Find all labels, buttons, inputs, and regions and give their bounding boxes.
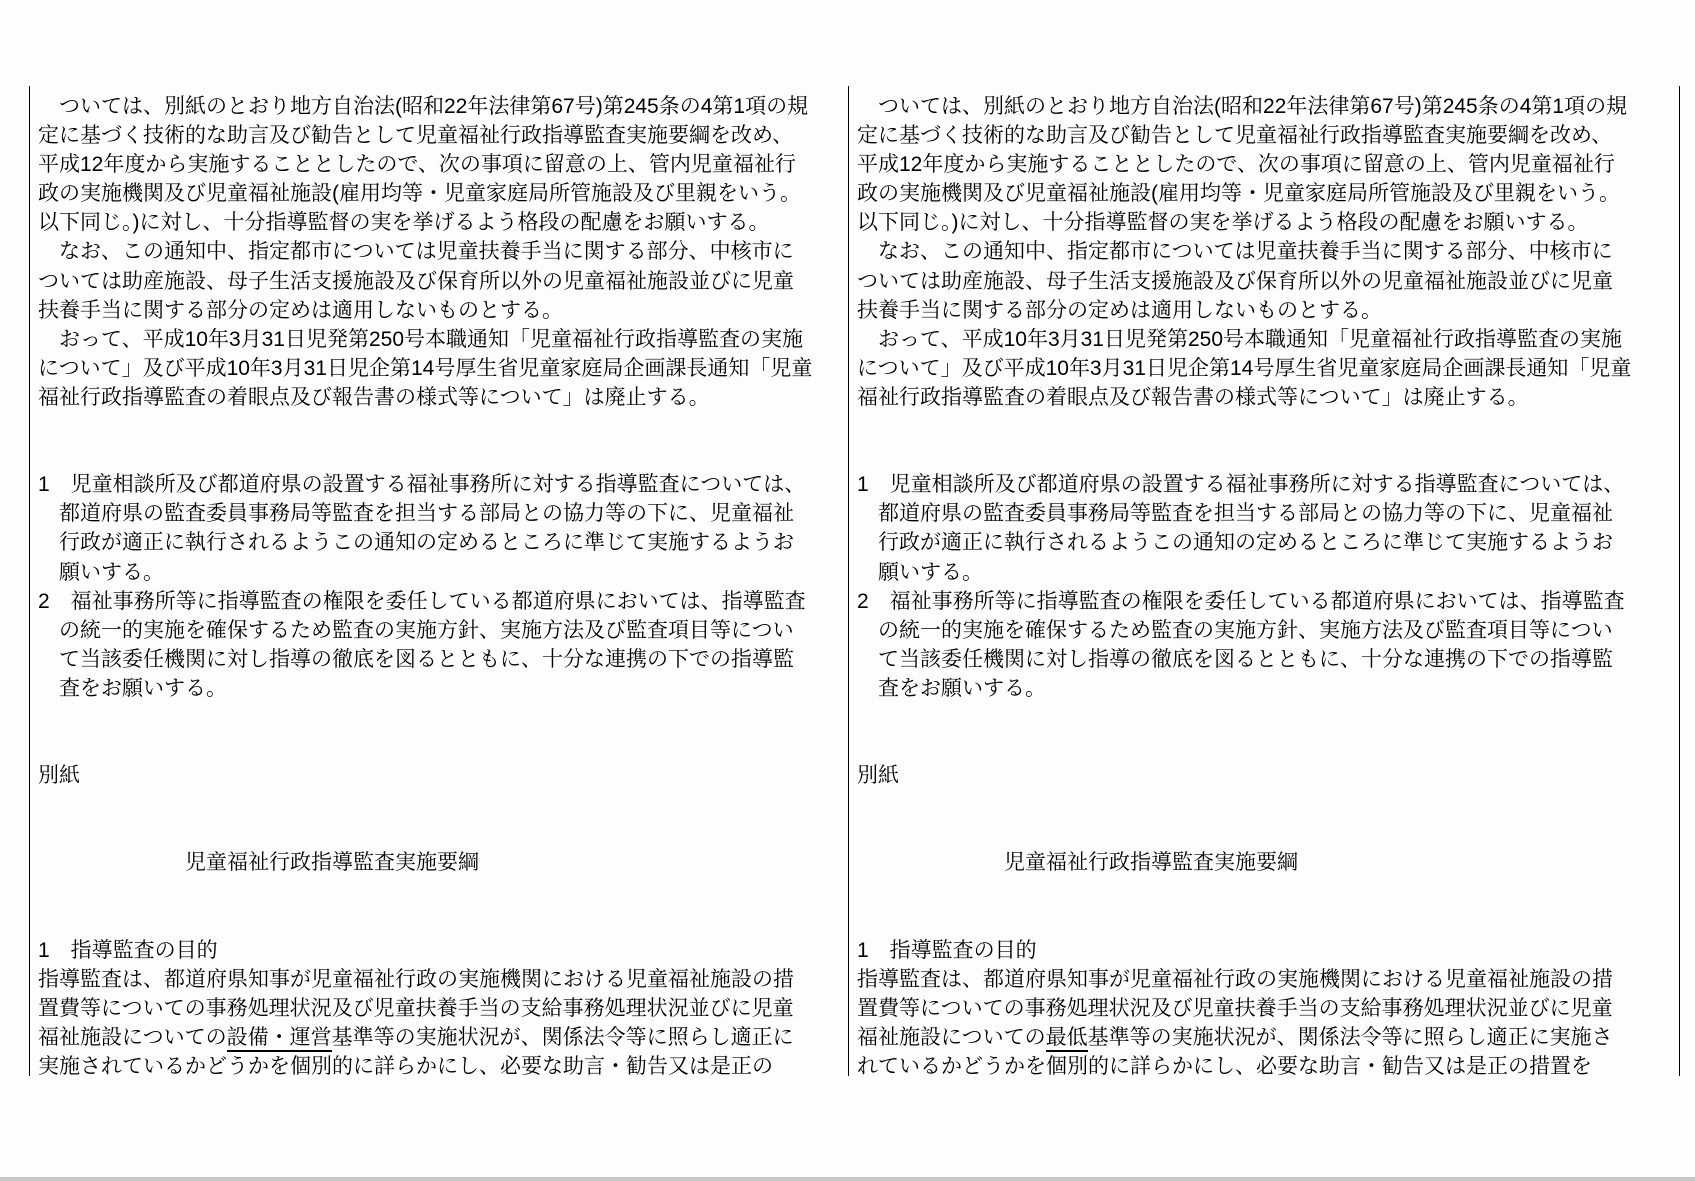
text-line: 行政が適正に執行されるようこの通知の定めるところに準じて実施するようお (38, 528, 844, 557)
text-line: 平成12年度から実施することとしたので、次の事項に留意の上、管内児童福祉行 (38, 150, 844, 179)
document-page: ついては、別紙のとおり地方自治法(昭和22年法律第67号)第245条の4第1項の… (0, 0, 1695, 1181)
text-line: 査をお願いする。 (38, 674, 844, 703)
text-line: 1 指導監査の目的 (38, 936, 844, 965)
text-line: 1 児童相談所及び都道府県の設置する福祉事務所に対する指導監査については、 (857, 470, 1675, 499)
text-line: 行政が適正に執行されるようこの通知の定めるところに準じて実施するようお (857, 528, 1675, 557)
text-line: 福祉施設についての最低基準等の実施状況が、関係法令等に照らし適正に実施さ (857, 1023, 1675, 1052)
text-line: 都道府県の監査委員事務局等監査を担当する部局との協力等の下に、児童福祉 (857, 499, 1675, 528)
text-segment: 福祉施設についての (38, 1026, 227, 1049)
text-line: 以下同じ。)に対し、十分指導監督の実を挙げるよう格段の配慮をお願いする。 (857, 208, 1675, 237)
text-line: おって、平成10年3月31日児発第250号本職通知「児童福祉行政指導監査の実施 (857, 325, 1675, 354)
text-line: の統一的実施を確保するため監査の実施方針、実施方法及び監査項目等につい (38, 616, 844, 645)
blank-line (38, 412, 844, 441)
blank-line (38, 878, 844, 907)
text-line: て当該委任機関に対し指導の徹底を図るとともに、十分な連携の下での指導監 (38, 645, 844, 674)
text-line: 2 福祉事務所等に指導監査の権限を委任している都道府県においては、指導監査 (38, 587, 844, 616)
text-line: 2 福祉事務所等に指導監査の権限を委任している都道府県においては、指導監査 (857, 587, 1675, 616)
text-line: 別紙 (38, 761, 844, 790)
text-line: 1 指導監査の目的 (857, 936, 1675, 965)
blank-line (857, 703, 1675, 732)
blank-line (38, 907, 844, 936)
blank-line (38, 441, 844, 470)
text-line: 福祉施設についての設備・運営基準等の実施状況が、関係法令等に照らし適正に (38, 1023, 844, 1052)
blank-line (857, 732, 1675, 761)
text-line: 実施されているかどうかを個別的に詳らかにし、必要な助言・勧告又は是正の (38, 1052, 844, 1076)
text-line: て当該委任機関に対し指導の徹底を図るとともに、十分な連携の下での指導監 (857, 645, 1675, 674)
text-line: 指導監査は、都道府県知事が児童福祉行政の実施機関における児童福祉施設の措 (38, 965, 844, 994)
text-line: ついては、別紙のとおり地方自治法(昭和22年法律第67号)第245条の4第1項の… (38, 92, 844, 121)
text-line: 以下同じ。)に対し、十分指導監督の実を挙げるよう格段の配慮をお願いする。 (38, 208, 844, 237)
text-line: 指導監査は、都道府県知事が児童福祉行政の実施機関における児童福祉施設の措 (857, 965, 1675, 994)
blank-line (38, 819, 844, 848)
text-line: 置費等についての事務処理状況及び児童扶養手当の支給事務処理状況並びに児童 (857, 994, 1675, 1023)
text-line: なお、この通知中、指定都市については児童扶養手当に関する部分、中核市に (38, 237, 844, 266)
text-line: 定に基づく技術的な助言及び勧告として児童福祉行政指導監査実施要綱を改め、 (857, 121, 1675, 150)
text-line: なお、この通知中、指定都市については児童扶養手当に関する部分、中核市に (857, 237, 1675, 266)
text-line: 福祉行政指導監査の着眼点及び報告書の様式等について」は廃止する。 (38, 383, 844, 412)
text-line: 定に基づく技術的な助言及び勧告として児童福祉行政指導監査実施要綱を改め、 (38, 121, 844, 150)
text-line: ついては、別紙のとおり地方自治法(昭和22年法律第67号)第245条の4第1項の… (857, 92, 1675, 121)
blank-line (857, 907, 1675, 936)
text-line: 願いする。 (857, 558, 1675, 587)
text-line: 扶養手当に関する部分の定めは適用しないものとする。 (857, 296, 1675, 325)
text-line: 平成12年度から実施することとしたので、次の事項に留意の上、管内児童福祉行 (857, 150, 1675, 179)
text-segment: 基準等の実施状況が、関係法令等に照らし適正に (332, 1026, 794, 1049)
text-line: の統一的実施を確保するため監査の実施方針、実施方法及び監査項目等につい (857, 616, 1675, 645)
text-line: について」及び平成10年3月31日児企第14号厚生省児童家庭局企画課長通知「児童 (857, 354, 1675, 383)
text-line: 児童福祉行政指導監査実施要綱 (857, 848, 1675, 877)
blank-line (38, 703, 844, 732)
text-line: 政の実施機関及び児童福祉施設(雇用均等・児童家庭局所管施設及び里親をいう。 (857, 179, 1675, 208)
page-bottom-edge (0, 1177, 1695, 1181)
text-line: について」及び平成10年3月31日児企第14号厚生省児童家庭局企画課長通知「児童 (38, 354, 844, 383)
text-line: ついては助産施設、母子生活支援施設及び保育所以外の児童福祉施設並びに児童 (38, 267, 844, 296)
blank-line (38, 790, 844, 819)
text-segment: 福祉施設についての (857, 1026, 1046, 1049)
text-line: 政の実施機関及び児童福祉施設(雇用均等・児童家庭局所管施設及び里親をいう。 (38, 179, 844, 208)
text-line: 願いする。 (38, 558, 844, 587)
blank-line (857, 878, 1675, 907)
right-column: ついては、別紙のとおり地方自治法(昭和22年法律第67号)第245条の4第1項の… (849, 86, 1679, 1076)
text-line: 1 児童相談所及び都道府県の設置する福祉事務所に対する指導監査については、 (38, 470, 844, 499)
text-line: 扶養手当に関する部分の定めは適用しないものとする。 (38, 296, 844, 325)
blank-line (857, 441, 1675, 470)
blank-line (38, 732, 844, 761)
blank-line (857, 412, 1675, 441)
blank-line (857, 819, 1675, 848)
text-line: 置費等についての事務処理状況及び児童扶養手当の支給事務処理状況並びに児童 (38, 994, 844, 1023)
comparison-table: ついては、別紙のとおり地方自治法(昭和22年法律第67号)第245条の4第1項の… (29, 86, 1680, 1076)
text-line: おって、平成10年3月31日児発第250号本職通知「児童福祉行政指導監査の実施 (38, 325, 844, 354)
left-column: ついては、別紙のとおり地方自治法(昭和22年法律第67号)第245条の4第1項の… (30, 86, 849, 1076)
text-line: 児童福祉行政指導監査実施要綱 (38, 848, 844, 877)
blank-line (857, 790, 1675, 819)
text-line: 査をお願いする。 (857, 674, 1675, 703)
text-line: 別紙 (857, 761, 1675, 790)
underlined-text: 設備・運営 (227, 1026, 332, 1052)
text-line: 福祉行政指導監査の着眼点及び報告書の様式等について」は廃止する。 (857, 383, 1675, 412)
text-line: れているかどうかを個別的に詳らかにし、必要な助言・勧告又は是正の措置を (857, 1052, 1675, 1076)
text-segment: 基準等の実施状況が、関係法令等に照らし適正に実施さ (1088, 1026, 1613, 1049)
underlined-text: 最低 (1046, 1026, 1088, 1052)
text-line: ついては助産施設、母子生活支援施設及び保育所以外の児童福祉施設並びに児童 (857, 267, 1675, 296)
text-line: 都道府県の監査委員事務局等監査を担当する部局との協力等の下に、児童福祉 (38, 499, 844, 528)
